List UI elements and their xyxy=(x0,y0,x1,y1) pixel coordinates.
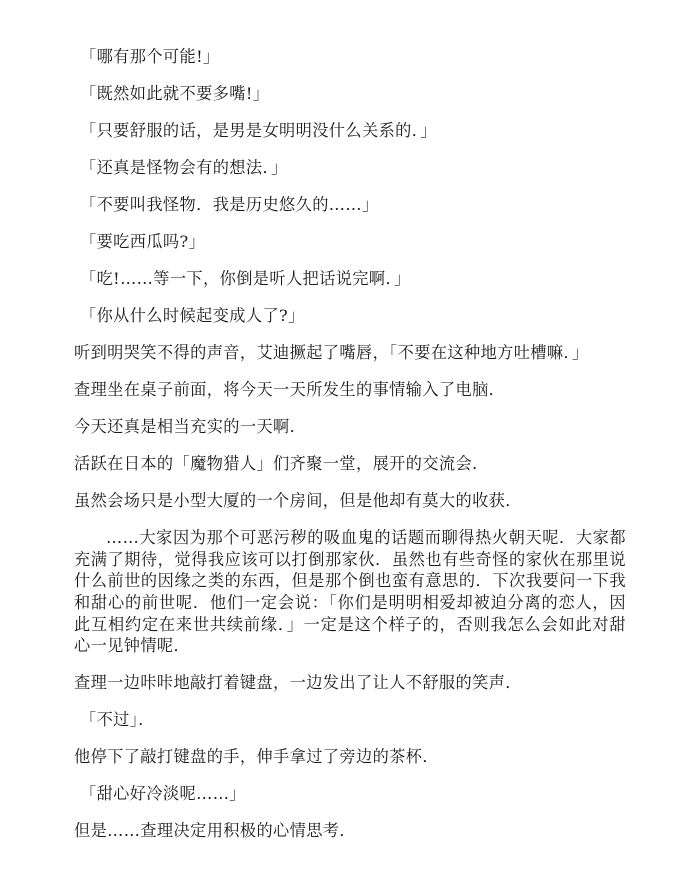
dialogue-line: 「甜心好冷淡呢……」 xyxy=(74,783,626,805)
document-page: 「哪有那个可能!」 「既然如此就不要多嘴!」 「只要舒服的话，是男是女明明没什么… xyxy=(74,46,626,857)
dialogue-line: 「不过」． xyxy=(74,709,626,731)
dialogue-line: 「既然如此就不要多嘴!」 xyxy=(74,83,626,105)
diary-paragraph: ……大家因为那个可恶污秽的吸血鬼的话题而聊得热火朝天呢．大家都充满了期待，觉得我… xyxy=(74,527,626,657)
narration-line: 他停下了敲打键盘的手，伸手拿过了旁边的茶杯． xyxy=(74,746,626,768)
dialogue-line: 「你从什么时候起变成人了?」 xyxy=(74,305,626,327)
dialogue-line: 「哪有那个可能!」 xyxy=(74,46,626,68)
narration-line: 虽然会场只是小型大厦的一个房间，但是他却有莫大的收获． xyxy=(74,490,626,512)
narration-line: 查理一边咔咔地敲打着键盘，一边发出了让人不舒服的笑声． xyxy=(74,672,626,694)
narration-line: 活跃在日本的「魔物猎人」们齐聚一堂，展开的交流会． xyxy=(74,453,626,475)
dialogue-line: 「不要叫我怪物．我是历史悠久的……」 xyxy=(74,194,626,216)
narration-line: 今天还真是相当充实的一天啊． xyxy=(74,416,626,438)
dialogue-line: 「吃!……等一下，你倒是听人把话说完啊．」 xyxy=(74,268,626,290)
dialogue-line: 「还真是怪物会有的想法．」 xyxy=(74,157,626,179)
dialogue-line: 「只要舒服的话，是男是女明明没什么关系的．」 xyxy=(74,120,626,142)
narration-line: 听到明哭笑不得的声音，艾迪撅起了嘴唇，「不要在这种地方吐槽嘛．」 xyxy=(74,342,626,364)
narration-line: 查理坐在桌子前面，将今天一天所发生的事情输入了电脑． xyxy=(74,379,626,401)
dialogue-line: 「要吃西瓜吗?」 xyxy=(74,231,626,253)
narration-line: 但是……查理决定用积极的心情思考． xyxy=(74,820,626,842)
